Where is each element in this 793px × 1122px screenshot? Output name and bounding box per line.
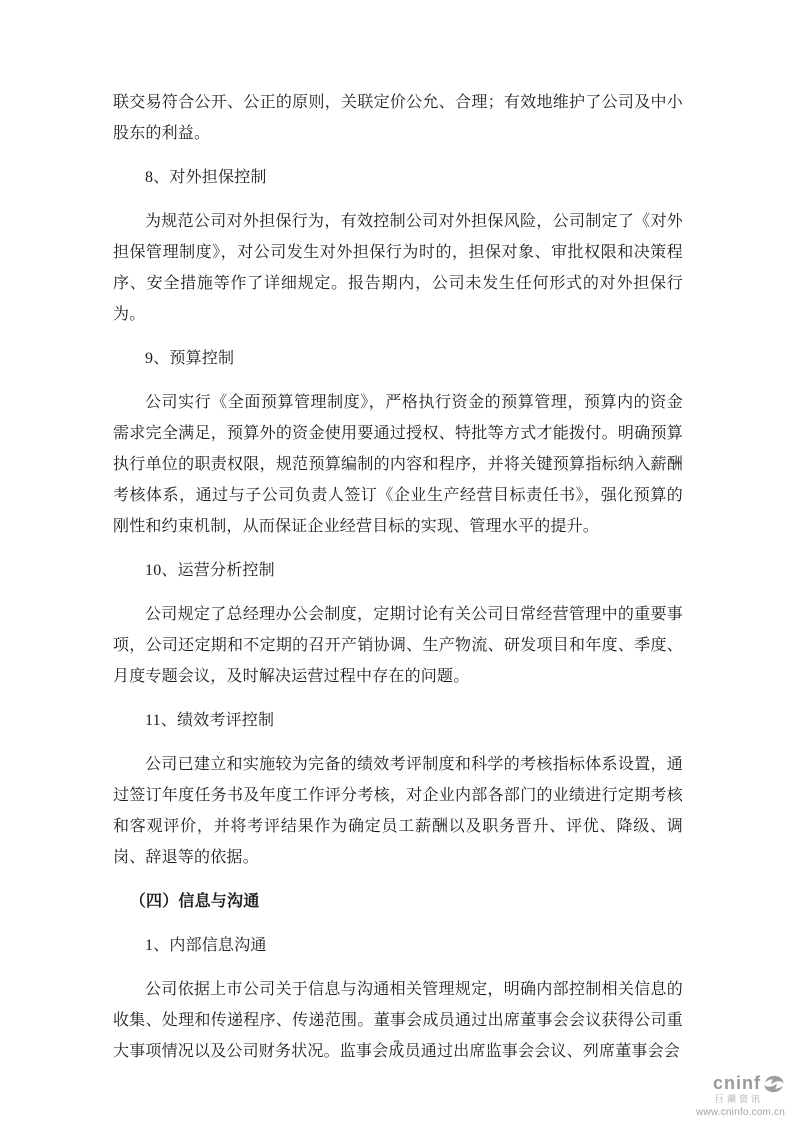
section-heading-8: 8、对外担保控制: [113, 162, 683, 193]
chapter-heading-4: （四）信息与沟通: [113, 886, 683, 917]
section-heading-11: 11、绩效考评控制: [113, 705, 683, 736]
section-heading-10: 10、运营分析控制: [113, 555, 683, 586]
document-body: 联交易符合公开、公正的原则，关联定价公允、合理；有效地维护了公司及中小股东的利益…: [113, 74, 683, 1080]
paragraph: 为规范公司对外担保行为，有效控制公司对外担保风险，公司制定了《对外担保管理制度》…: [113, 206, 683, 330]
paragraph: 公司实行《全面预算管理制度》，严格执行资金的预算管理，预算内的资金需求完全满足，…: [113, 387, 683, 542]
section-heading-1: 1、内部信息沟通: [113, 930, 683, 961]
cninfo-swirl-icon: [763, 1075, 785, 1093]
page-number: 7: [0, 1037, 793, 1053]
cninfo-url: www.cninfo.com.cn: [678, 1107, 785, 1118]
paragraph: 公司已建立和实施较为完备的绩效考评制度和科学的考核指标体系设置，通过签订年度任务…: [113, 749, 683, 873]
cninfo-chinese-name: 巨潮资讯: [678, 1095, 785, 1105]
paragraph: 公司依据上市公司关于信息与沟通相关管理规定，明确内部控制相关信息的收集、处理和传…: [113, 974, 683, 1067]
paragraph-continuation: 联交易符合公开、公正的原则，关联定价公允、合理；有效地维护了公司及中小股东的利益…: [113, 87, 683, 149]
document-page: 联交易符合公开、公正的原则，关联定价公允、合理；有效地维护了公司及中小股东的利益…: [0, 0, 793, 1122]
cninfo-brand-text: cninf: [713, 1074, 761, 1094]
cninfo-watermark: cninf 巨潮资讯 www.cninfo.com.cn: [678, 1074, 788, 1118]
section-heading-9: 9、预算控制: [113, 343, 683, 374]
paragraph: 公司规定了总经理办公会制度，定期讨论有关公司日常经营管理中的重要事项，公司还定期…: [113, 599, 683, 692]
